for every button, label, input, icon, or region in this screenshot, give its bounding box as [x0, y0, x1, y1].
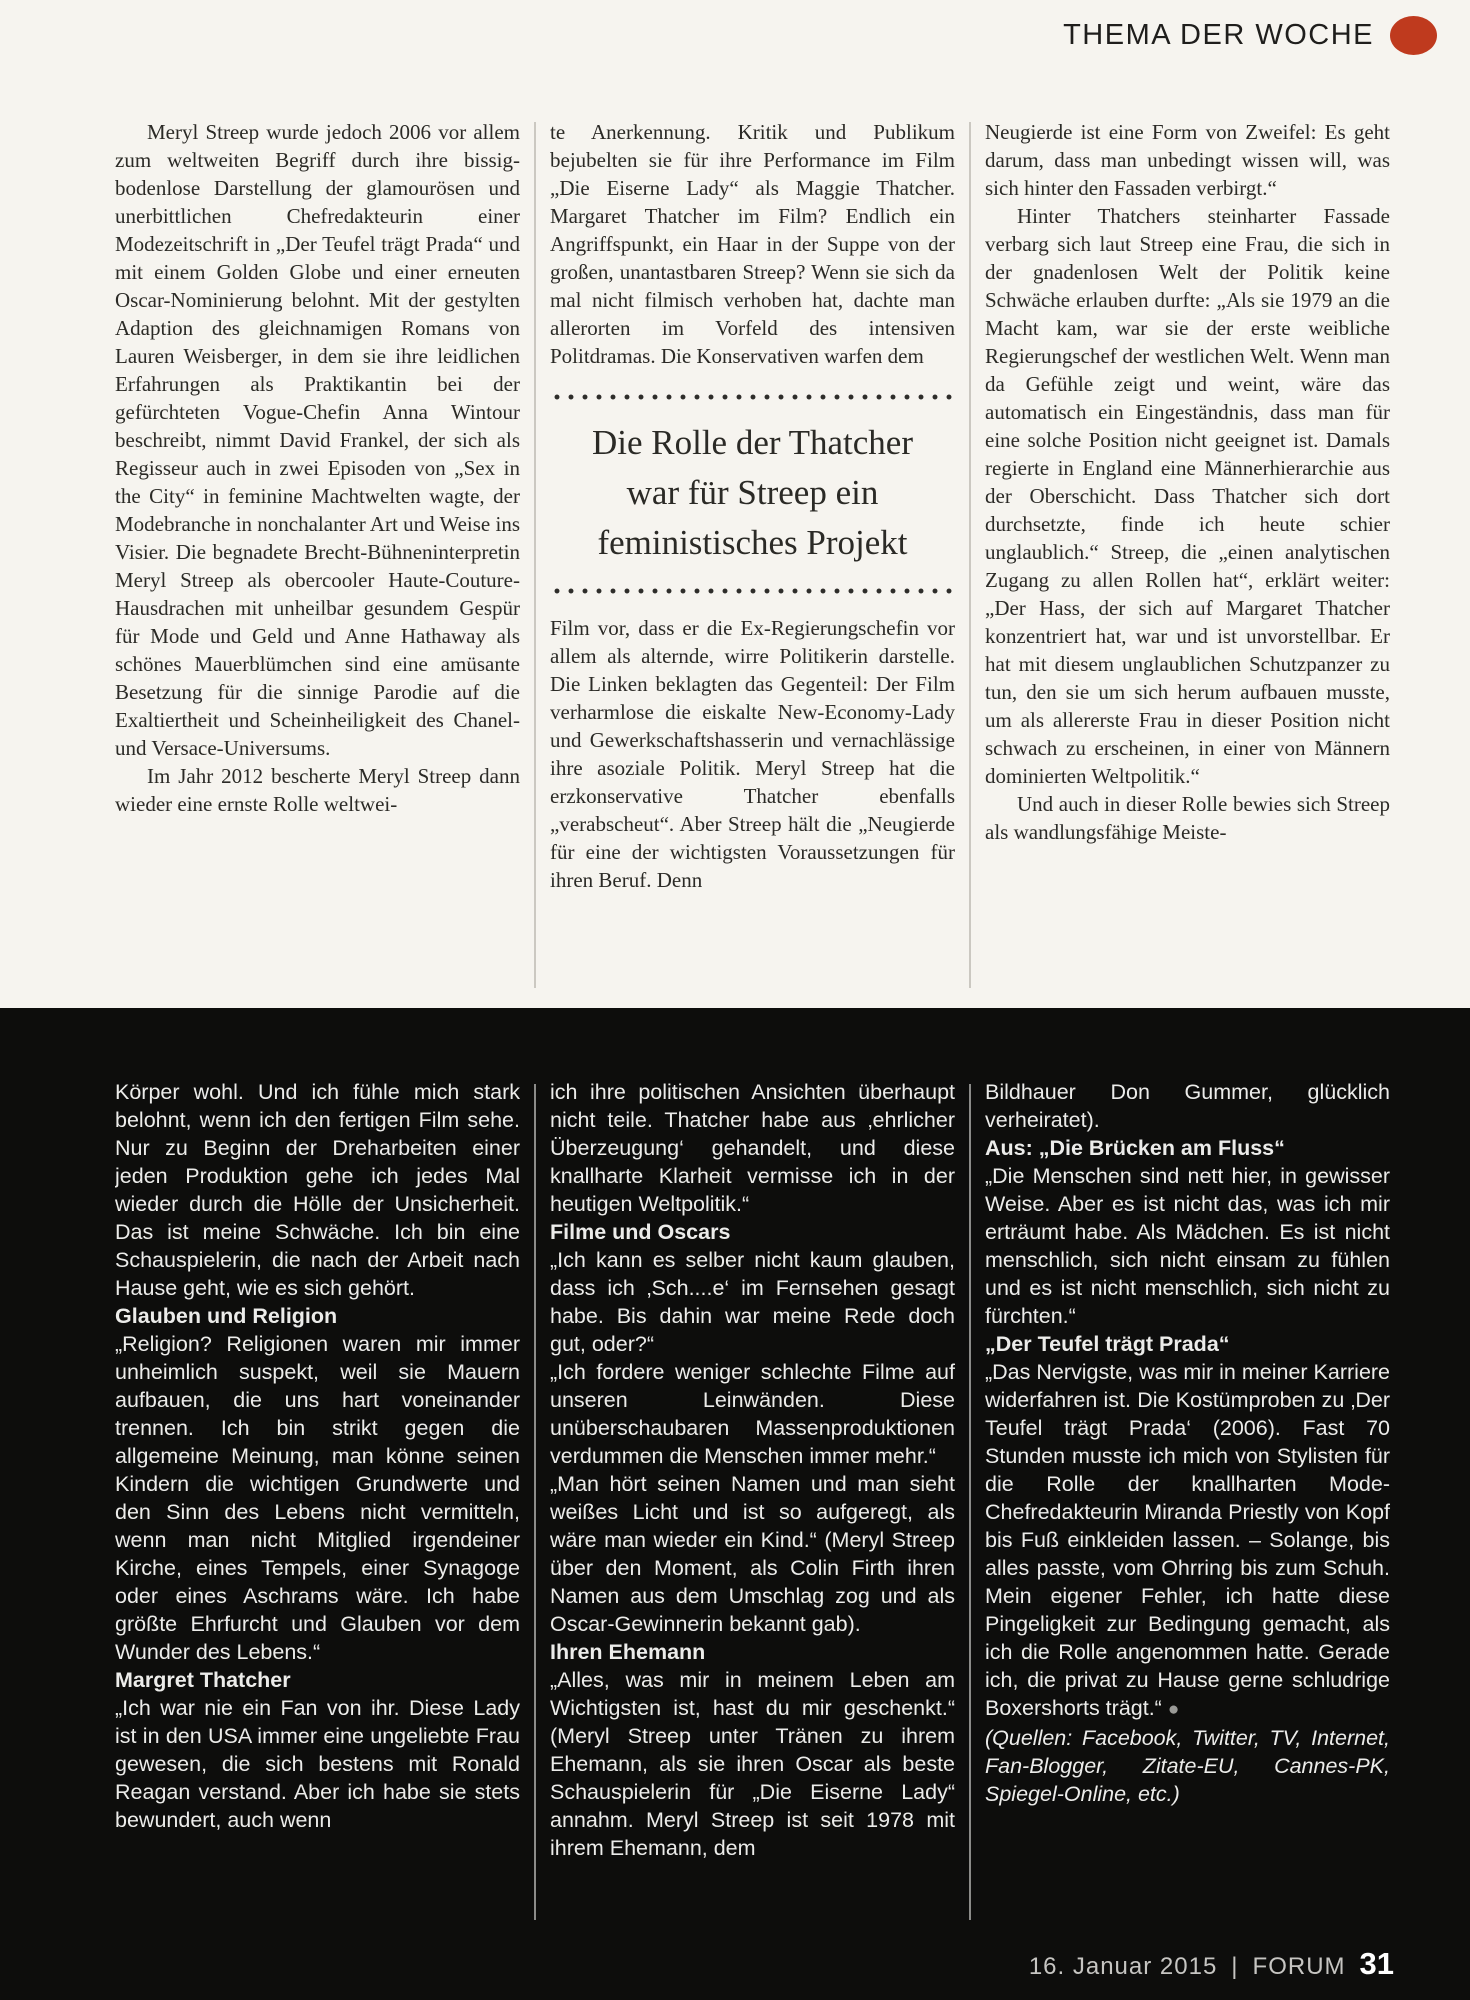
interview-col1-paragraph-3: „Ich war nie ein Fan von ihr. Diese Lady…	[115, 1694, 520, 1834]
article-top-section: Meryl Streep wurde jedoch 2006 vor allem…	[115, 118, 1395, 998]
interview-col3-paragraph-3: „Das Nervigste, was mir in meiner Karrie…	[985, 1358, 1390, 1724]
issue-date: 16. Januar 2015	[1029, 1953, 1217, 1981]
interview-col3-paragraph-1: Bildhauer Don Gummer, glücklich verheira…	[985, 1078, 1390, 1134]
interview-column-3: Bildhauer Don Gummer, glücklich verheira…	[985, 1078, 1390, 1950]
interview-heading-filme-und-oscars: Filme und Oscars	[550, 1218, 955, 1246]
footer-separator: |	[1231, 1953, 1238, 1981]
page-footer: 16. Januar 2015 | FORUM 31	[1029, 1946, 1394, 1982]
interview-col3-paragraph-2: „Die Menschen sind nett hier, in gewisse…	[985, 1162, 1390, 1330]
interview-col1-paragraph-1: Körper wohl. Und ich fühle mich stark be…	[115, 1078, 520, 1302]
magazine-page: THEMA DER WOCHE Meryl Streep wurde jedoc…	[0, 0, 1470, 2000]
interview-heading-margret-thatcher: Margret Thatcher	[115, 1666, 520, 1694]
pull-quote-block: Die Rolle der Thatcher war für Streep ei…	[550, 394, 955, 594]
interview-columns: Körper wohl. Und ich fühle mich stark be…	[115, 1078, 1395, 1950]
interview-heading-glauben-und-religion: Glauben und Religion	[115, 1302, 520, 1330]
column-divider	[969, 1084, 971, 1920]
article-column-3: Neugierde ist eine Form von Zweifel: Es …	[985, 118, 1390, 998]
interview-col2-paragraph-1: ich ihre politischen Ansichten überhaupt…	[550, 1078, 955, 1218]
interview-col3-paragraph-3-text: „Das Nervigste, was mir in meiner Karrie…	[985, 1360, 1390, 1720]
interview-column-2: ich ihre politischen Ansichten überhaupt…	[550, 1078, 955, 1950]
interview-panel: Körper wohl. Und ich fühle mich stark be…	[0, 1008, 1470, 2000]
page-number: 31	[1360, 1946, 1394, 1982]
column-divider	[534, 1084, 536, 1920]
column-divider	[969, 122, 971, 988]
interview-col1-paragraph-2: „Religion? Religionen waren mir immer un…	[115, 1330, 520, 1666]
interview-col2-paragraph-3: „Ich fordere weniger schlechte Filme auf…	[550, 1358, 955, 1470]
sources-note: (Quellen: Facebook, Twitter, TV, Interne…	[985, 1724, 1390, 1808]
magazine-name: FORUM	[1253, 1953, 1346, 1981]
article-column-1: Meryl Streep wurde jedoch 2006 vor allem…	[115, 118, 520, 998]
section-title: THEMA DER WOCHE	[1063, 19, 1374, 52]
masthead: THEMA DER WOCHE	[1063, 16, 1437, 55]
article-col3-paragraph-1: Neugierde ist eine Form von Zweifel: Es …	[985, 118, 1390, 202]
end-of-article-dot-icon: ●	[1168, 1699, 1179, 1720]
pull-quote: Die Rolle der Thatcher war für Streep ei…	[550, 400, 955, 588]
article-col2-paragraph-1: te Anerkennung. Kritik und Publikum beju…	[550, 118, 955, 370]
article-col1-paragraph-2: Im Jahr 2012 bescherte Meryl Streep dann…	[115, 762, 520, 818]
article-column-2: te Anerkennung. Kritik und Publikum beju…	[550, 118, 955, 998]
article-col3-paragraph-2: Hinter Thatchers steinharter Fassade ver…	[985, 202, 1390, 790]
interview-heading-teufel-traegt-prada: „Der Teufel trägt Prada“	[985, 1330, 1390, 1358]
interview-heading-ihren-ehemann: Ihren Ehemann	[550, 1638, 955, 1666]
interview-col2-paragraph-5: „Alles, was mir in meinem Leben am Wicht…	[550, 1666, 955, 1862]
dotted-rule	[550, 588, 955, 594]
red-dot-icon	[1390, 16, 1437, 55]
interview-column-1: Körper wohl. Und ich fühle mich stark be…	[115, 1078, 520, 1950]
interview-heading-bruecken-am-fluss: Aus: „Die Brücken am Fluss“	[985, 1134, 1390, 1162]
interview-col2-paragraph-4: „Man hört seinen Namen und man sieht wei…	[550, 1470, 955, 1638]
article-col1-paragraph-1: Meryl Streep wurde jedoch 2006 vor allem…	[115, 118, 520, 762]
interview-col2-paragraph-2: „Ich kann es selber nicht kaum glauben, …	[550, 1246, 955, 1358]
article-col2-paragraph-2: Film vor, dass er die Ex-Regierungschefi…	[550, 614, 955, 894]
article-col3-paragraph-3: Und auch in dieser Rolle bewies sich Str…	[985, 790, 1390, 846]
column-divider	[534, 122, 536, 988]
